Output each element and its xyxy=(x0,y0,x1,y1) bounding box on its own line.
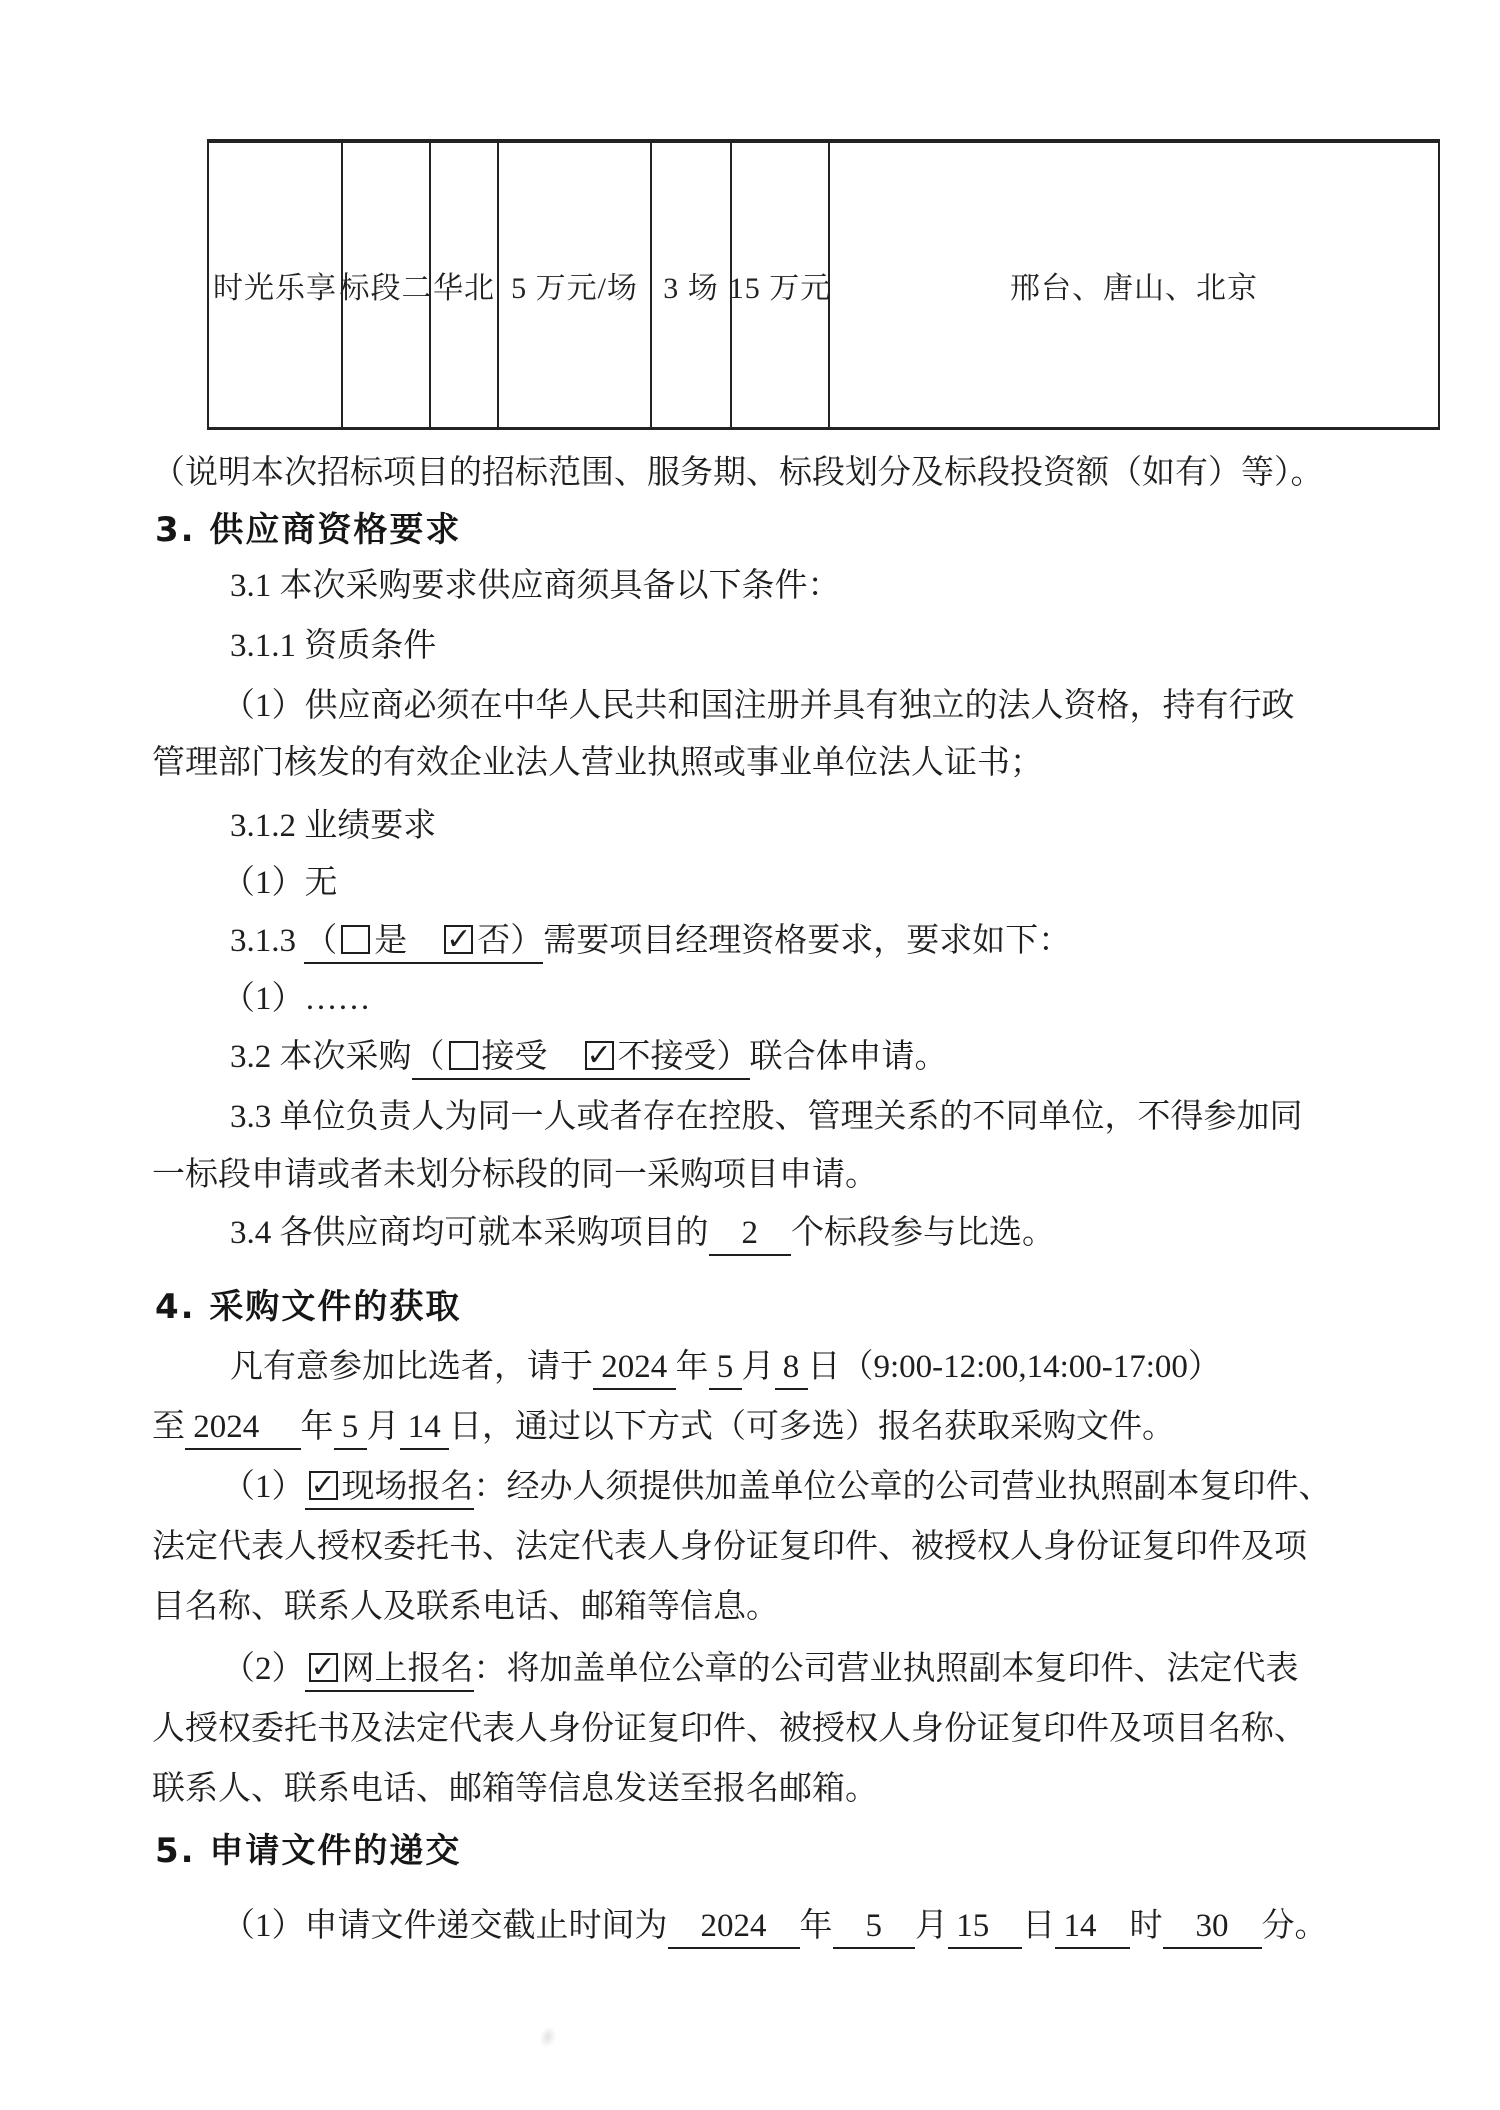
text-segment: 月 xyxy=(742,1349,775,1385)
text-line: 法定代表人授权委托书、法定代表人身份证复印件、被授权人身份证复印件及项 xyxy=(152,1526,1307,1568)
text-segment: 至 xyxy=(152,1409,185,1445)
section-heading-5: 5. 申请文件的递交 xyxy=(155,1830,461,1872)
text-line: 3.3 单位负责人为同一人或者存在控股、管理关系的不同单位，不得参加同 xyxy=(230,1096,1303,1138)
table-cell-project-name: 时光乐享 xyxy=(209,143,343,427)
table-cell-section-name: 标段二 xyxy=(343,143,431,427)
checkbox-glyph xyxy=(585,1041,614,1070)
text-segment: 2024 xyxy=(668,1908,800,1949)
text-segment: 联系人、联系电话、邮箱等信息发送至报名邮箱。 xyxy=(152,1771,878,1807)
text-segment: 年 xyxy=(800,1908,833,1944)
checkbox-checked-icon xyxy=(581,1039,618,1080)
text-segment: 个标段参与比选。 xyxy=(791,1215,1055,1251)
scan-artifact xyxy=(537,2024,559,2050)
section-count-line: 3.4 各供应商均可就本采购项目的 2 个标段参与比选。 xyxy=(230,1212,1055,1254)
text-segment: 月 xyxy=(915,1908,948,1944)
text-segment: 否） xyxy=(477,923,543,964)
checkbox-glyph xyxy=(309,1653,338,1682)
checkbox-glyph xyxy=(341,925,370,954)
text-segment: （ xyxy=(412,1039,445,1080)
text-segment: 年 xyxy=(301,1409,334,1445)
bid-sections-table: 时光乐享 标段二 华北 5 万元/场 3 场 15 万元 邢台、唐山、北京 xyxy=(207,139,1440,430)
online-registration-line: （2）网上报名：将加盖单位公章的公司营业执照副本复印件、法定代表 xyxy=(222,1648,1299,1690)
text-line: （1）…… xyxy=(222,978,371,1020)
text-segment: 3.1.1 资质条件 xyxy=(230,628,436,664)
text-segment: （1）申请文件递交截止时间为 xyxy=(222,1908,668,1944)
text-segment: 3.2 本次采购 xyxy=(230,1039,412,1075)
checkbox-checked-icon xyxy=(305,1469,342,1510)
checkbox-glyph xyxy=(449,1041,478,1070)
project-manager-requirement-line: 3.1.3 （是 否）需要项目经理资格要求，要求如下： xyxy=(230,920,1071,962)
text-segment: 联合体申请。 xyxy=(750,1039,948,1075)
text-segment: （说明本次招标项目的招标范围、服务期、标段划分及标段投资额（如有）等）。 xyxy=(152,455,1324,491)
text-segment: 月 xyxy=(367,1409,400,1445)
text-segment: （1） xyxy=(222,1469,305,1505)
text-segment: 5 xyxy=(334,1409,367,1450)
text-segment: 法定代表人授权委托书、法定代表人身份证复印件、被授权人身份证复印件及项 xyxy=(152,1529,1307,1565)
text-segment: 14 xyxy=(1055,1908,1129,1949)
text-segment: 现场报名 xyxy=(342,1469,474,1510)
text-segment: 3. 供应商资格要求 xyxy=(155,510,461,550)
text-line: 3.1 本次采购要求供应商须具备以下条件： xyxy=(230,565,841,607)
text-segment: 5 xyxy=(709,1349,742,1390)
text-segment: 14 xyxy=(400,1409,450,1450)
checkbox-checked-icon xyxy=(440,923,477,964)
text-segment: 日，通过以下方式（可多选）报名获取采购文件。 xyxy=(449,1409,1175,1445)
text-segment: 5 xyxy=(833,1908,916,1949)
text-segment: 日 xyxy=(1022,1908,1055,1944)
text-line: 3.1.2 业绩要求 xyxy=(230,805,436,847)
scanned-document-page: 时光乐享 标段二 华北 5 万元/场 3 场 15 万元 邢台、唐山、北京 （说… xyxy=(0,0,1500,2110)
text-segment: 2024 xyxy=(593,1349,676,1390)
text-segment: 网上报名 xyxy=(342,1651,474,1692)
text-segment: 日（9:00-12:00,14:00-17:00） xyxy=(808,1349,1221,1385)
section-heading-4: 4. 采购文件的获取 xyxy=(155,1286,461,1328)
text-segment: 是 xyxy=(374,923,440,964)
text-segment: 人授权委托书及法定代表人身份证复印件、被授权人身份证复印件及项目名称、 xyxy=(152,1711,1307,1747)
table-cell-total-amount: 15 万元 xyxy=(732,143,830,427)
registration-start-date-line: 凡有意参加比选者，请于 2024 年 5 月 8 日（9:00-12:00,14… xyxy=(230,1346,1221,1388)
table-cell-unit-price: 5 万元/场 xyxy=(499,143,652,427)
table-cell-cities: 邢台、唐山、北京 xyxy=(830,143,1438,427)
text-segment: 4. 采购文件的获取 xyxy=(155,1287,461,1327)
text-segment: （ xyxy=(304,923,337,964)
text-line: （说明本次招标项目的招标范围、服务期、标段划分及标段投资额（如有）等）。 xyxy=(152,452,1324,494)
text-segment: 30 xyxy=(1163,1908,1262,1949)
table-cell-quantity: 3 场 xyxy=(652,143,732,427)
registration-end-date-line: 至 2024 年 5 月 14 日，通过以下方式（可多选）报名获取采购文件。 xyxy=(152,1406,1175,1448)
text-segment: 5. 申请文件的递交 xyxy=(155,1831,461,1871)
text-line: 管理部门核发的有效企业法人营业执照或事业单位法人证书； xyxy=(152,742,1043,784)
onsite-registration-line: （1）现场报名：经办人须提供加盖单位公章的公司营业执照副本复印件、 xyxy=(222,1466,1332,1508)
text-segment: 3.1.3 xyxy=(230,923,304,959)
text-segment: 时 xyxy=(1130,1908,1163,1944)
text-segment: ：经办人须提供加盖单位公章的公司营业执照副本复印件、 xyxy=(474,1469,1332,1505)
text-line: 人授权委托书及法定代表人身份证复印件、被授权人身份证复印件及项目名称、 xyxy=(152,1708,1307,1750)
text-segment: 8 xyxy=(775,1349,808,1390)
text-segment: 3.4 各供应商均可就本采购项目的 xyxy=(230,1215,709,1251)
text-segment: 3.1 本次采购要求供应商须具备以下条件： xyxy=(230,568,841,604)
text-segment: 2 xyxy=(709,1215,792,1256)
text-line: 一标段申请或者未划分标段的同一采购项目申请。 xyxy=(152,1154,878,1196)
text-segment: （1）无 xyxy=(222,865,338,901)
section-heading-3: 3. 供应商资格要求 xyxy=(155,509,461,551)
text-segment: （1）…… xyxy=(222,981,371,1017)
consortium-application-line: 3.2 本次采购（接受 不接受）联合体申请。 xyxy=(230,1036,948,1078)
checkbox-checked-icon xyxy=(305,1651,342,1692)
text-segment: 3.3 单位负责人为同一人或者存在控股、管理关系的不同单位，不得参加同 xyxy=(230,1099,1303,1135)
text-segment: 凡有意参加比选者，请于 xyxy=(230,1349,593,1385)
text-segment: 2024 xyxy=(185,1409,301,1450)
text-segment: 不接受） xyxy=(618,1039,750,1080)
text-segment: ：将加盖单位公章的公司营业执照副本复印件、法定代表 xyxy=(474,1651,1299,1687)
text-segment: 接受 xyxy=(482,1039,581,1080)
table-cell-region: 华北 xyxy=(431,143,499,427)
checkbox-empty-icon xyxy=(445,1039,482,1080)
text-segment: 目名称、联系人及联系电话、邮箱等信息。 xyxy=(152,1589,779,1625)
text-segment: 年 xyxy=(676,1349,709,1385)
text-segment: （2） xyxy=(222,1651,305,1687)
text-segment: 需要项目经理资格要求，要求如下： xyxy=(543,923,1071,959)
text-segment: 分。 xyxy=(1262,1908,1328,1944)
text-segment: 管理部门核发的有效企业法人营业执照或事业单位法人证书； xyxy=(152,745,1043,781)
text-line: 目名称、联系人及联系电话、邮箱等信息。 xyxy=(152,1586,779,1628)
submission-deadline-line: （1）申请文件递交截止时间为 2024 年 5 月 15 日 14 时 30 分… xyxy=(222,1905,1328,1947)
text-line: 联系人、联系电话、邮箱等信息发送至报名邮箱。 xyxy=(152,1768,878,1810)
text-segment: 3.1.2 业绩要求 xyxy=(230,808,436,844)
checkbox-glyph xyxy=(444,925,473,954)
text-segment: 15 xyxy=(948,1908,1022,1949)
text-segment: 一标段申请或者未划分标段的同一采购项目申请。 xyxy=(152,1157,878,1193)
checkbox-empty-icon xyxy=(337,923,374,964)
text-line: （1）供应商必须在中华人民共和国注册并具有独立的法人资格，持有行政 xyxy=(222,685,1295,727)
text-segment: （1）供应商必须在中华人民共和国注册并具有独立的法人资格，持有行政 xyxy=(222,688,1295,724)
text-line: （1）无 xyxy=(222,862,338,904)
checkbox-glyph xyxy=(309,1471,338,1500)
text-line: 3.1.1 资质条件 xyxy=(230,625,436,667)
